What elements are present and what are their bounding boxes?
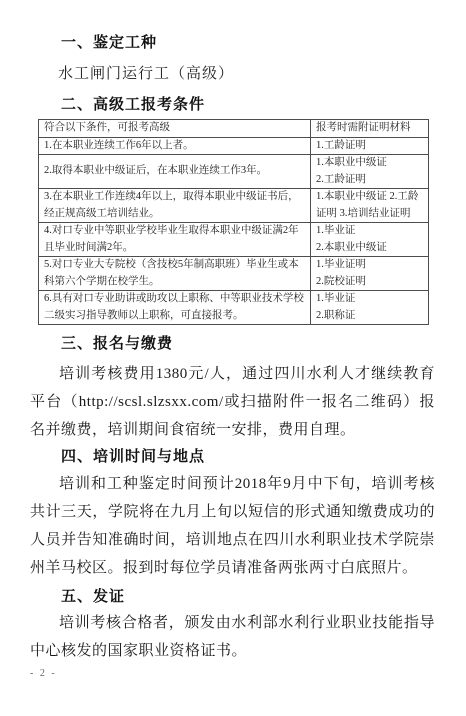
materials-cell: 1.本职业中级证 2.工龄证明 xyxy=(311,155,429,189)
table-row: 6.具有对口专业助讲或助攻以上职称、中等职业技术学校二级实习指导教师以上职称，可… xyxy=(39,291,429,325)
materials-header-cell: 报考时需附证明材料 xyxy=(311,120,429,138)
table-header-row: 符合以下条件，可报考高级 报考时需附证明材料 xyxy=(39,120,429,138)
materials-cell: 1.毕业证 2.职称证 xyxy=(311,291,429,325)
table-row: 3.在本职业工作连续4年以上，取得本职业中级证书后，经正规高级工培训结业。 1.… xyxy=(39,189,429,223)
trade-name-text: 水工闸门运行工（高级） xyxy=(30,65,435,84)
materials-cell: 1.工龄证明 xyxy=(311,137,429,155)
page-number: - 2 - xyxy=(30,668,57,679)
registration-payment-paragraph: 培训考核费用1380元/人，通过四川水利人才继续教育平台（http://scsl… xyxy=(30,360,435,444)
section-heading-certification: 五、发证 xyxy=(30,587,435,606)
criteria-cell: 5.对口专业大专院校（含技校5年制高职班）毕业生或本科第六个学期在校学生。 xyxy=(39,257,311,291)
training-time-location-paragraph: 培训和工种鉴定时间预计2018年9月中下旬，培训考核共计三天，学院将在九月上旬以… xyxy=(30,470,435,582)
certification-paragraph: 培训考核合格者，颁发由水利部水利行业职业技能指导中心核发的国家职业资格证书。 xyxy=(30,609,435,665)
materials-cell: 1.毕业证明 2.院校证明 xyxy=(311,257,429,291)
criteria-cell: 1.在本职业连续工作6年以上者。 xyxy=(39,137,311,155)
requirements-table: 符合以下条件，可报考高级 报考时需附证明材料 1.在本职业连续工作6年以上者。 … xyxy=(38,119,429,325)
section-heading-application-requirements: 二、高级工报考条件 xyxy=(30,95,435,114)
criteria-cell: 6.具有对口专业助讲或助攻以上职称、中等职业技术学校二级实习指导教师以上职称，可… xyxy=(39,291,311,325)
table-row: 2.取得本职业中级证后，在本职业连续工作3年。 1.本职业中级证 2.工龄证明 xyxy=(39,155,429,189)
materials-cell: 1.本职业中级证 2.工龄证明 3.培训结业证明 xyxy=(311,189,429,223)
criteria-cell: 4.对口专业中等职业学校毕业生取得本职业中级证满2年且毕业时间满2年。 xyxy=(39,223,311,257)
table-row: 4.对口专业中等职业学校毕业生取得本职业中级证满2年且毕业时间满2年。 1.毕业… xyxy=(39,223,429,257)
criteria-header-cell: 符合以下条件，可报考高级 xyxy=(39,120,311,138)
section-heading-identified-trade: 一、鉴定工种 xyxy=(30,33,435,52)
criteria-cell: 2.取得本职业中级证后，在本职业连续工作3年。 xyxy=(39,155,311,189)
materials-cell: 1.毕业证 2.本职业中级证 xyxy=(311,223,429,257)
section-heading-registration-payment: 三、报名与缴费 xyxy=(30,334,435,353)
table-row: 1.在本职业连续工作6年以上者。 1.工龄证明 xyxy=(39,137,429,155)
section-heading-training-time-location: 四、培训时间与地点 xyxy=(30,447,435,466)
table-row: 5.对口专业大专院校（含技校5年制高职班）毕业生或本科第六个学期在校学生。 1.… xyxy=(39,257,429,291)
criteria-cell: 3.在本职业工作连续4年以上，取得本职业中级证书后，经正规高级工培训结业。 xyxy=(39,189,311,223)
document-page: 一、鉴定工种 水工闸门运行工（高级） 二、高级工报考条件 符合以下条件，可报考高… xyxy=(0,0,466,716)
